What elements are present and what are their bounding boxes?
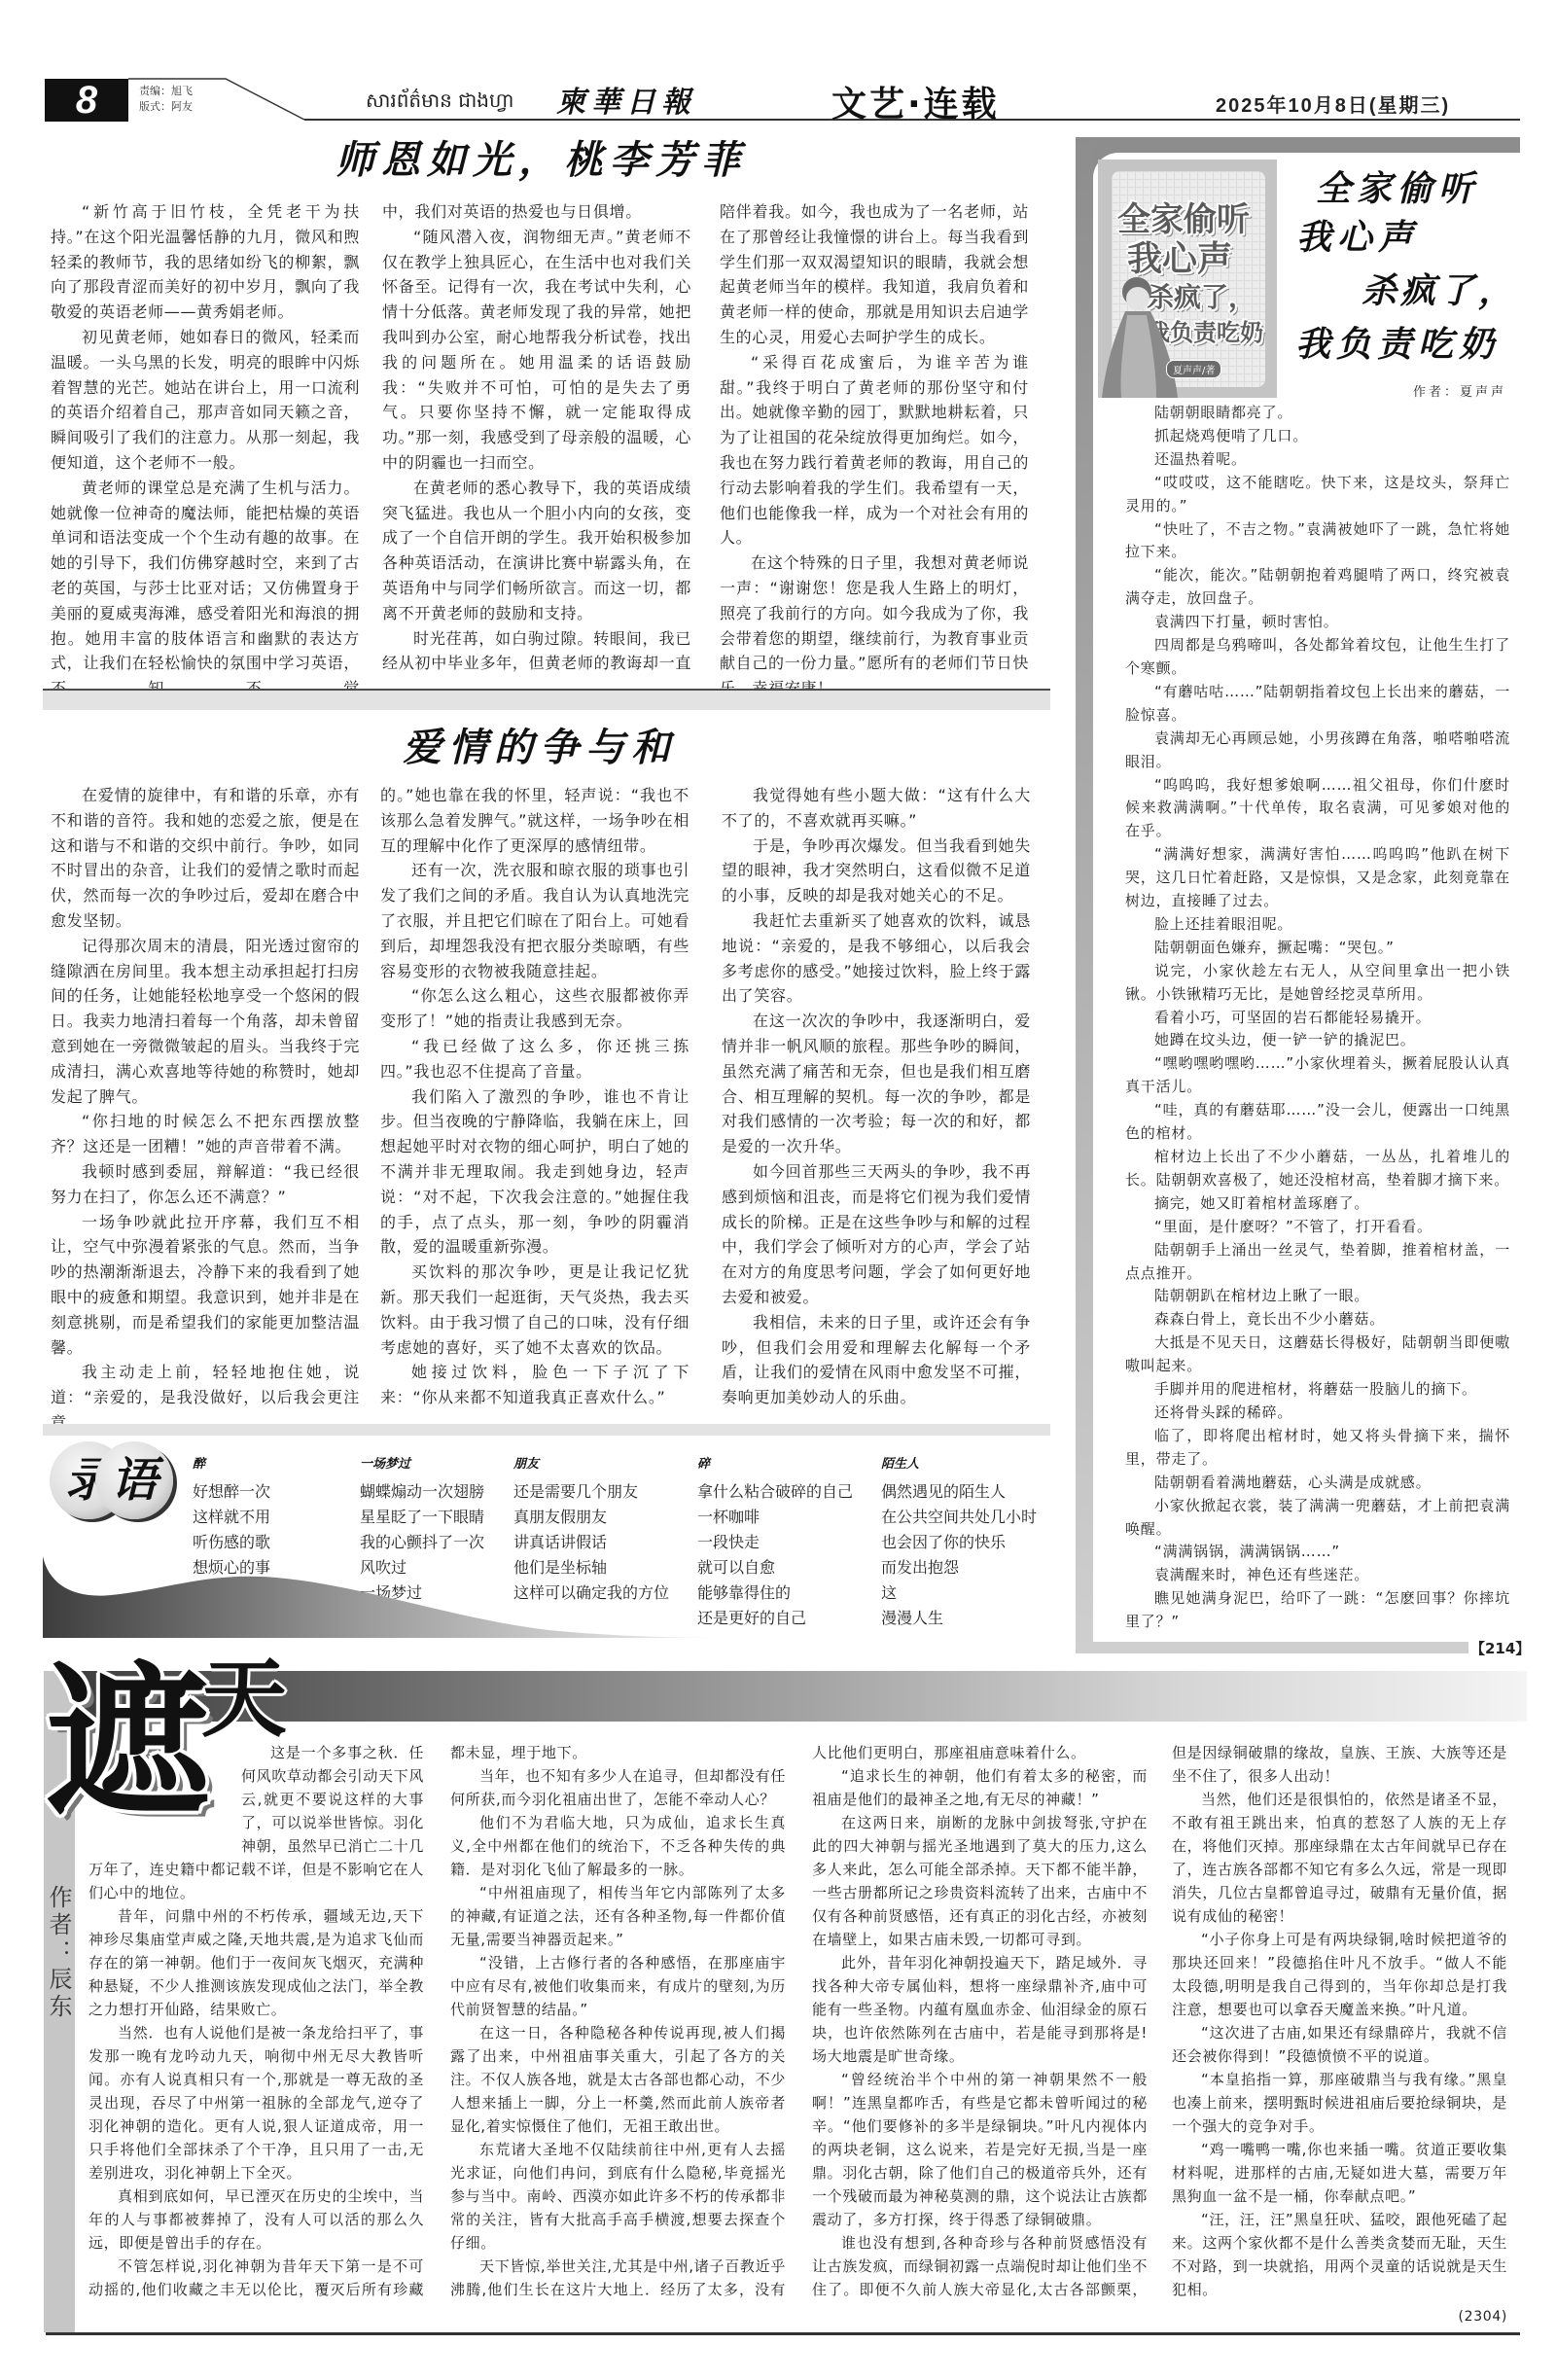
serial-title-small-char: 天: [201, 1655, 287, 1741]
paragraph: “汪，汪，汪”黑皇狂吠、猛咬，跟他死磕了起来。这两个家伙都不是什么善类贪婪而无耻…: [1172, 2208, 1507, 2301]
serial-title-line: 杀疯了，: [1361, 271, 1517, 310]
paragraph: 我顿时感到委屈，辩解道：“我已经很努力在扫了，你怎么还不满意？”: [51, 1159, 360, 1210]
poem-line: 蝴蝶煽动一次翅膀: [360, 1479, 484, 1505]
poem-line: 这样就不用: [193, 1505, 333, 1530]
paragraph: 大抵是不见天日，这蘑菇长得极好，陆朝朝当即便嗷嗷叫起来。: [1125, 1332, 1510, 1378]
paragraph: 人比他们更明白，那座祖庙意味着什么。: [812, 1741, 1148, 1764]
paragraph: 当然，他们还是很惧怕的，依然是诸圣不显，不敢有祖王跳出来，怕真的惹怒了人族的无上…: [1172, 1788, 1507, 1928]
paragraph: 在这一日，各种隐秘各种传说再现,被人们揭露了出来，中州祖庙事关重大，引起了各方的…: [450, 2021, 786, 2138]
paragraph: 黄老师的课堂总是充满了生机与活力。她就像一位神奇的魔法师，能把枯燥的英语单词和语…: [51, 476, 360, 701]
paragraph: “这次进了古庙,如果还有绿鼎碎片，我就不信还会被你得到！”段德愤愤不平的说道。: [1172, 2021, 1507, 2068]
serial-body: 陆朝朝眼睛都亮了。抓起烧鸡便啃了几口。还温热着呢。“哎哎哎，这不能瞎吃。快下来，…: [1125, 402, 1510, 1634]
paragraph: 中，我们对英语的热爱也与日俱增。: [382, 199, 691, 225]
paragraph: “采得百花成蜜后，为谁辛苦为谁甜。”我终于明白了黄老师的那份坚守和付出。她就像辛…: [720, 350, 1029, 551]
luyu-badge-char: 语: [95, 1441, 173, 1519]
poem-line: 讲真话讲假话: [513, 1530, 669, 1555]
paragraph: “满满好想家，满满好害怕……呜呜呜”他趴在树下哭，这几日忙着赶路，又是惊惧，又是…: [1125, 843, 1510, 913]
paragraph: 我们陷入了激烈的争吵，谁也不肯让步。但当夜晚的宁静降临，我躺在床上，回想起她平时…: [380, 1084, 690, 1261]
poem-line: 漫漫人生: [881, 1606, 1037, 1631]
paragraph: 如今回首那些三天两头的争吵，我不再感到烦恼和沮丧，而是将它们视为我们爱情成长的阶…: [722, 1159, 1031, 1310]
page-bottom-rule: [46, 2332, 1520, 2335]
paragraph: 陆朝朝手上涌出一丝灵气，垫着脚，推着棺材盖，一点点推开。: [1125, 1239, 1510, 1286]
paragraph: 脸上还挂着眼泪呢。: [1125, 913, 1510, 937]
paragraph: 在这一次次的争吵中，我逐渐明白，爱情并非一帆风顺的旅程。那些争吵的瞬间，虽然充满…: [722, 1009, 1031, 1159]
paragraph: “呜呜呜，我好想爹娘啊……祖父祖母，你们什麽时候来救满满啊。”十代单传，取名袁满…: [1125, 774, 1510, 844]
paragraph: 陆朝朝看着满地蘑菇，心头满是成就感。: [1125, 1472, 1510, 1495]
paragraph: 我赶忙去重新买了她喜欢的饮料，诚恳地说：“亲爱的，是我不够细心，以后我会多考虑你…: [722, 908, 1031, 1009]
article-column: 在爱情的旋律中，有和谐的乐章，亦有不和谐的音符。我和她的恋爱之旅，便是在这和谐与…: [51, 783, 360, 1436]
paragraph: “快吐了，不吉之物。”袁满被她吓了一跳，急忙将她拉下来。: [1125, 518, 1510, 565]
paragraph: 买饮料的那次争吵，更是让我记忆犹新。那天我们一起逛街，天气炎热，我去买饮料。由于…: [380, 1260, 690, 1360]
paragraph: 时光荏苒，如白驹过隙。转眼间，我已经从初中毕业多年，但黄老师的教诲却一直: [382, 626, 691, 677]
serial-column: 都未显，埋于地下。当年，也不知有多少人在追寻，但却都没有任何所获,而今羽化祖庙出…: [450, 1741, 786, 2301]
paragraph: 的。”她也靠在我的怀里，轻声说：“我也不该那么急着发脾气。”就这样，一场争吵在相…: [380, 783, 690, 858]
paragraph: 不管怎样说,羽化神朝为昔年天下第一是不可动摇的,他们收藏之丰无以伦比，覆灭后所有…: [88, 2255, 424, 2301]
serial-author: 作者：夏声声: [1413, 381, 1506, 400]
serial-title-line: 全家偷听: [1316, 169, 1479, 208]
paragraph: 袁满却无心再顾忌她，小男孩蹲在角落，啪嗒啪嗒流眼泪。: [1125, 728, 1510, 774]
paragraph: 都未显，埋于地下。: [450, 1741, 786, 1764]
paragraph: 陆朝朝眼睛都亮了。: [1125, 402, 1510, 425]
sidebar-frame-left: [1076, 137, 1093, 1653]
paragraph: 陪伴着我。如今，我也成为了一名老师，站在了那曾经让我憧憬的讲台上。每当我看到学生…: [720, 199, 1029, 350]
section-title: 文艺·连载: [831, 77, 1000, 126]
paragraph: “里面，是什麽呀？”不管了，打开看看。: [1125, 1216, 1510, 1239]
masthead-khmer: សារព័ត៌មាន ជាងហ្វា: [366, 88, 513, 117]
poem-line: 听伤感的歌: [193, 1530, 333, 1555]
paragraph: 一场争吵就此拉开序幕，我们互不相让，空气中弥漫着紧张的气息。然而，当争吵的热潮渐…: [51, 1210, 360, 1361]
paragraph: 东荒诸大圣地不仅陆续前往中州,更有人去摇光求证，向他们冉问，到底有什么隐秘,毕竟…: [450, 2138, 786, 2255]
paragraph: 还有一次，洗衣服和晾衣服的琐事也引发了我们之间的矛盾。我自认为认真地洗完了衣服，…: [380, 858, 690, 983]
paragraph: 临了，即将爬出棺材时，她又将头骨摘下来，揣怀里，带走了。: [1125, 1425, 1510, 1472]
paragraph: “哇，真的有蘑菇耶……”没一会儿，便露出一口纯黑色的棺材。: [1125, 1099, 1510, 1146]
paragraph: 天下皆惊,举世关注,尤其是中州,诸子百教近乎沸腾,他们生长在这片大地上．经历了太…: [450, 2255, 786, 2301]
paragraph: “没错，上古修行者的各种感悟，在那座庙宇中应有尽有,被他们收集而来，有成片的壁刻…: [450, 1951, 786, 2021]
episode-number: (2304): [1172, 2305, 1507, 2328]
paragraph: “追求长生的神朝，他们有着太多的秘密，而祖庙是他们的最神圣之地,有无尽的神藏！”: [812, 1764, 1148, 1811]
article-title: 爱情的争与和: [403, 726, 677, 770]
poem-line: 还是需要几个朋友: [513, 1479, 669, 1505]
poem-line: 一杯咖啡: [697, 1505, 853, 1530]
paragraph: 我觉得她有些小题大做：“这有什么大不了的，不喜欢就再买嘛。”: [722, 783, 1031, 834]
paragraph: 袁满四下打量，顿时害怕。: [1125, 611, 1510, 634]
paragraph: 她接过饮料，脸色一下子沉了下来：“你从来都不知道我真正喜欢什么。”: [380, 1360, 690, 1410]
paragraph: 陆朝朝面色嫌弃，撅起嘴：“哭包。”: [1125, 937, 1510, 960]
luyu-badge-circle: 语: [95, 1441, 173, 1519]
poem-title: 陌生人: [881, 1456, 1037, 1474]
article-title: 师恩如光，桃李芳菲: [336, 138, 747, 183]
paragraph: “哎哎哎，这不能瞎吃。快下来，这是坟头，祭拜亡灵用的。”: [1125, 472, 1510, 518]
poem-line: 好想醉一次: [193, 1479, 333, 1505]
book-cover-image: 全家偷听 我心声 杀疯了， 我负责吃奶 夏声声/著: [1098, 160, 1277, 398]
poem-line: 星星眨了一下眼睛: [360, 1505, 484, 1530]
paragraph: 陆朝朝趴在棺材边上瞅了一眼。: [1125, 1285, 1510, 1308]
paragraph: 抓起烧鸡便啃了几口。: [1125, 425, 1510, 448]
serial-author: 作者：辰东: [49, 1885, 76, 2021]
paragraph: 在爱情的旋律中，有和谐的乐章，亦有不和谐的音符。我和她的恋爱之旅，便是在这和谐与…: [51, 783, 360, 934]
poem-title: 一场梦过: [360, 1456, 484, 1474]
poem-title: 朋友: [513, 1456, 669, 1474]
paragraph: 他们不为君临大地，只为成仙，追求长生真义,全中州都在他们的统治下，不乏各种失传的…: [450, 1811, 786, 1881]
paragraph: 棺材边上长出了不少小蘑菇，一丛丛，扎着堆儿的长。陆朝朝欢喜极了，她还没棺材高，垫…: [1125, 1146, 1510, 1192]
poem-title: 醉: [193, 1456, 333, 1474]
poem-line: 在公共空间共处几小时: [881, 1505, 1037, 1530]
paragraph: “鸡一嘴鸭一嘴,你也来插一嘴。贫道正要收集材料呢，进那样的古庙,无疑如进大墓，需…: [1172, 2138, 1507, 2208]
poem-line: 一段快走: [697, 1530, 853, 1555]
paragraph: “能次，能次。”陆朝朝抱着鸡腿啃了两口，终究被袁满夺走，放回盘子。: [1125, 564, 1510, 611]
paragraph: 当然．也有人说他们是被一条龙给扫平了，事发那一晚有龙吟动九天，响彻中州无尽大教皆…: [88, 2021, 424, 2185]
paragraph: 还将骨头踩的稀碎。: [1125, 1402, 1510, 1425]
section-band: [43, 1424, 1050, 1436]
poem-line: 而发出抱怨: [881, 1555, 1037, 1581]
paragraph: “你怎么这么粗心，这些衣服都被你弄变形了！”她的指责让我感到无奈。: [380, 983, 690, 1034]
serial-title-bar: [75, 1671, 1527, 1722]
paragraph: “有蘑咕咕……”陆朝朝指着坟包上长出来的蘑菇，一脸惊喜。: [1125, 681, 1510, 728]
paragraph: 我相信，未来的日子里，或许还会有争吵，但我们会用爱和理解去化解每一个矛盾，让我们…: [722, 1310, 1031, 1410]
serial-title-line: 我负责吃奶: [1295, 325, 1500, 364]
poem-line: 这: [881, 1581, 1037, 1606]
poem-line: 偶然遇见的陌生人: [881, 1479, 1037, 1505]
paragraph: “你扫地的时候怎么不把东西摆放整齐？这还是一团糟！”她的声音带着不满。: [51, 1109, 360, 1159]
poem-lines: 偶然遇见的陌生人在公共空间共处几小时也会因了你的快乐而发出抱怨这漫漫人生: [881, 1479, 1037, 1631]
article-column: 陪伴着我。如今，我也成为了一名老师，站在了那曾经让我憧憬的讲台上。每当我看到学生…: [720, 199, 1029, 701]
paragraph: “本皇掐指一算，那座破鼎当与我有缘。”黑皇也凑上前来，摆明甄时候进祖庙后要抢绿铜…: [1172, 2068, 1507, 2138]
decorative-swoosh: [43, 1554, 767, 1642]
poem-line: 拿什么粘合破碎的自己: [697, 1479, 853, 1505]
issue-date: 2025年10月8日(星期三): [1216, 89, 1450, 118]
article-column: “新竹高于旧竹枝，全凭老干为扶持。”在这个阳光温馨恬静的九月，微风和煦轻柔的教师…: [51, 199, 360, 701]
masthead-logo: 柬華日報: [556, 78, 696, 121]
paragraph: “我已经做了这么多，你还挑三拣四。”我也忍不住提高了音量。: [380, 1034, 690, 1084]
paragraph: 在这个特殊的日子里，我想对黄老师说一声：“谢谢您！您是我人生路上的明灯，照亮了我…: [720, 551, 1029, 701]
paragraph: 此外，昔年羽化神朝投遍天下，踏足域外．寻找各种大帝专属仙料，想将一座绿鼎补齐,庙…: [812, 1951, 1148, 2068]
paragraph: 小家伙掀起衣裳，装了满满一兜蘑菇，才上前把袁满唤醒。: [1125, 1495, 1510, 1542]
cover-author-tag: 夏声声/著: [1166, 360, 1221, 378]
poem: 陌生人 偶然遇见的陌生人在公共空间共处几小时也会因了你的快乐而发出抱怨这漫漫人生: [881, 1456, 1037, 1631]
paragraph: “随风潜入夜，润物细无声。”黄老师不仅在教学上独具匠心，在生活中也对我们关怀备至…: [382, 225, 691, 476]
paragraph: 摘完，她又盯着棺材盖琢磨了。: [1125, 1192, 1510, 1216]
paragraph: 于是，争吵再次爆发。但当我看到她失望的眼神，我才突然明白，这看似微不足道的小事，…: [722, 834, 1031, 908]
article-column: 我觉得她有些小题大做：“这有什么大不了的，不喜欢就再买嘛。”于是，争吵再次爆发。…: [722, 783, 1031, 1410]
paragraph: 在黄老师的悉心教导下，我的英语成绩突飞猛进。我也从一个胆小内向的女孩，变成了一个…: [382, 476, 691, 626]
paragraph: 记得那次周末的清晨，阳光透过窗帘的缝隙洒在房间里。我本想主动承担起打扫房间的任务…: [51, 934, 360, 1110]
title-space: [88, 1741, 241, 1858]
paragraph: 看着小巧，可坚固的岩石都能轻易撬开。: [1125, 1007, 1510, 1030]
paragraph: 森森白骨上，竟长出不少小蘑菇。: [1125, 1308, 1510, 1332]
paragraph: 她蹲在坟头边，便一铲一铲的撬泥巴。: [1125, 1029, 1510, 1052]
paragraph: 手脚并用的爬进棺材，将蘑菇一股脑儿的摘下。: [1125, 1378, 1510, 1402]
article-column: 的。”她也靠在我的怀里，轻声说：“我也不该那么急着发脾气。”就这样，一场争吵在相…: [380, 783, 690, 1410]
sidebar-frame-top: [1076, 137, 1520, 153]
serial-column: 但是因绿铜破鼎的缘故，皇族、王族、大族等还是坐不住了，很多人出动！当然，他们还是…: [1172, 1741, 1507, 2328]
paragraph: “嘿哟嘿哟嘿哟……”小家伙埋着头，撅着屁股认认真真干活儿。: [1125, 1052, 1510, 1099]
poem-title: 碎: [697, 1456, 853, 1474]
poem-line: 我的心颤抖了一次: [360, 1530, 484, 1555]
article-column: 中，我们对英语的热爱也与日俱增。“随风潜入夜，润物细无声。”黄老师不仅在教学上独…: [382, 199, 691, 676]
paragraph: “新竹高于旧竹枝，全凭老干为扶持。”在这个阳光温馨恬静的九月，微风和煦轻柔的教师…: [51, 199, 360, 325]
paragraph: 但是因绿铜破鼎的缘故，皇族、王族、大族等还是坐不住了，很多人出动！: [1172, 1741, 1507, 1788]
paragraph: 四周都是乌鸦啼叫，各处都耸着坟包，让他生生打了个寒颤。: [1125, 634, 1510, 681]
paragraph: 初见黄老师，她如春日的微风，轻柔而温暖。一头乌黑的长发，明亮的眼眸中闪烁着智慧的…: [51, 325, 360, 476]
paragraph: “曾经统治半个中州的第一神朝果然不一般啊！”连黑皇都咋舌，有些是它都未曾听闻过的…: [812, 2068, 1148, 2231]
poem-line: 真朋友假朋友: [513, 1505, 669, 1530]
paragraph: 昔年，问鼎中州的不朽传承，疆域无边,天下神珍尽集庙堂声威之隆,天地共震,是为追求…: [88, 1904, 424, 2021]
serial-column: 这是一个多事之秋．任何风吹草动都会引动天下风云,就更不要说这样的大事了，可以说举…: [88, 1741, 424, 2301]
poem-line: 也会因了你的快乐: [881, 1530, 1037, 1555]
paragraph: 真相到底如何，早已湮灭在历史的尘埃中，当年的人与事都被葬掉了，没有人可以活的那么…: [88, 2185, 424, 2255]
paragraph: 还温热着呢。: [1125, 448, 1510, 472]
paragraph: 瞧见她满身泥巴，给吓了一跳：“怎麽回事？你摔坑里了？”: [1125, 1587, 1510, 1634]
paragraph: “小子你身上可是有两块绿铜,啥时候把道爷的那块还回来！”段德掐住叶凡不放手。“做…: [1172, 1928, 1507, 2021]
paragraph: 谁也没有想到,各种奇珍与各种前贤感悟没有让古族发疯，而绿铜初露一点端倪时却让他们…: [812, 2231, 1148, 2301]
paragraph: 袁满醒来时，神色还有些迷茫。: [1125, 1564, 1510, 1587]
episode-number: 【214】: [1470, 1638, 1530, 1658]
paragraph: 说完，小家伙趁左右无人，从空间里拿出一把小铁锹。小铁锹精巧无比，是她曾经挖灵草所…: [1125, 960, 1510, 1007]
paragraph: “满满锅锅，满满锅锅……”: [1125, 1541, 1510, 1564]
sidebar-frame-bottom: [1076, 1642, 1468, 1653]
serial-column: 人比他们更明白，那座祖庙意味着什么。“追求长生的神朝，他们有着太多的秘密，而祖庙…: [812, 1741, 1148, 2301]
paragraph: “中州祖庙现了，相传当年它内部陈列了太多的神藏,有证道之法，还有各种圣物,每一件…: [450, 1881, 786, 1951]
paragraph: 当年，也不知有多少人在追寻，但却都没有任何所获,而今羽化祖庙出世了，怎能不牵动人…: [450, 1764, 786, 1811]
divider-band: [43, 691, 1050, 710]
column-paragraphs: 但是因绿铜破鼎的缘故，皇族、王族、大族等还是坐不住了，很多人出动！当然，他们还是…: [1172, 1741, 1507, 2301]
serial-title-line: 我心声: [1296, 218, 1419, 257]
paragraph: 在这两日来，崩断的龙脉中剑拔弩张,守护在此的四大神朝与摇光圣地遇到了莫大的压力,…: [812, 1811, 1148, 1951]
